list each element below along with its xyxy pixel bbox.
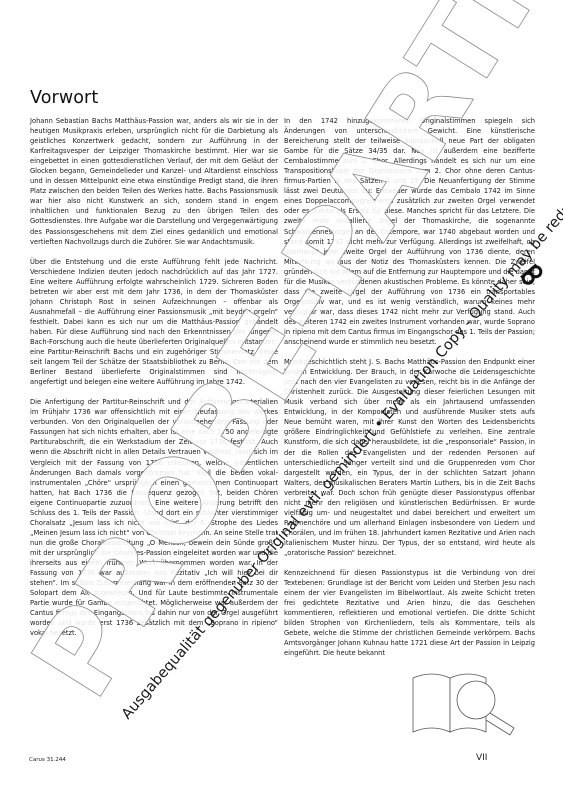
page-number: VII xyxy=(476,753,487,763)
left-column: Johann Sebastian Bachs Matthäus-Passion … xyxy=(30,116,278,648)
paragraph: Kennzeichnend für diesen Passionstypus i… xyxy=(284,568,535,658)
paragraph: Musikgeschichtlich steht J. S. Bachs Mat… xyxy=(284,357,535,558)
page-title: Vorwort xyxy=(30,88,98,108)
paragraph: Die Anfertigung der Partitur-Reinschrift… xyxy=(30,397,278,638)
paragraph: In den 1742 hinzugekommenen Originalstim… xyxy=(284,116,535,347)
catalog-number: Carus 31.244 xyxy=(29,757,66,763)
book-magnifier-icon xyxy=(410,666,525,736)
right-column: In den 1742 hinzugekommenen Originalstim… xyxy=(284,116,535,668)
paragraph: Über die Entstehung und die erste Auffüh… xyxy=(30,257,278,388)
paragraph: Johann Sebastian Bachs Matthäus-Passion … xyxy=(30,116,278,247)
carus-logo-icon xyxy=(519,262,545,288)
document-page: Vorwort Johann Sebastian Bachs Matthäus-… xyxy=(0,0,563,800)
